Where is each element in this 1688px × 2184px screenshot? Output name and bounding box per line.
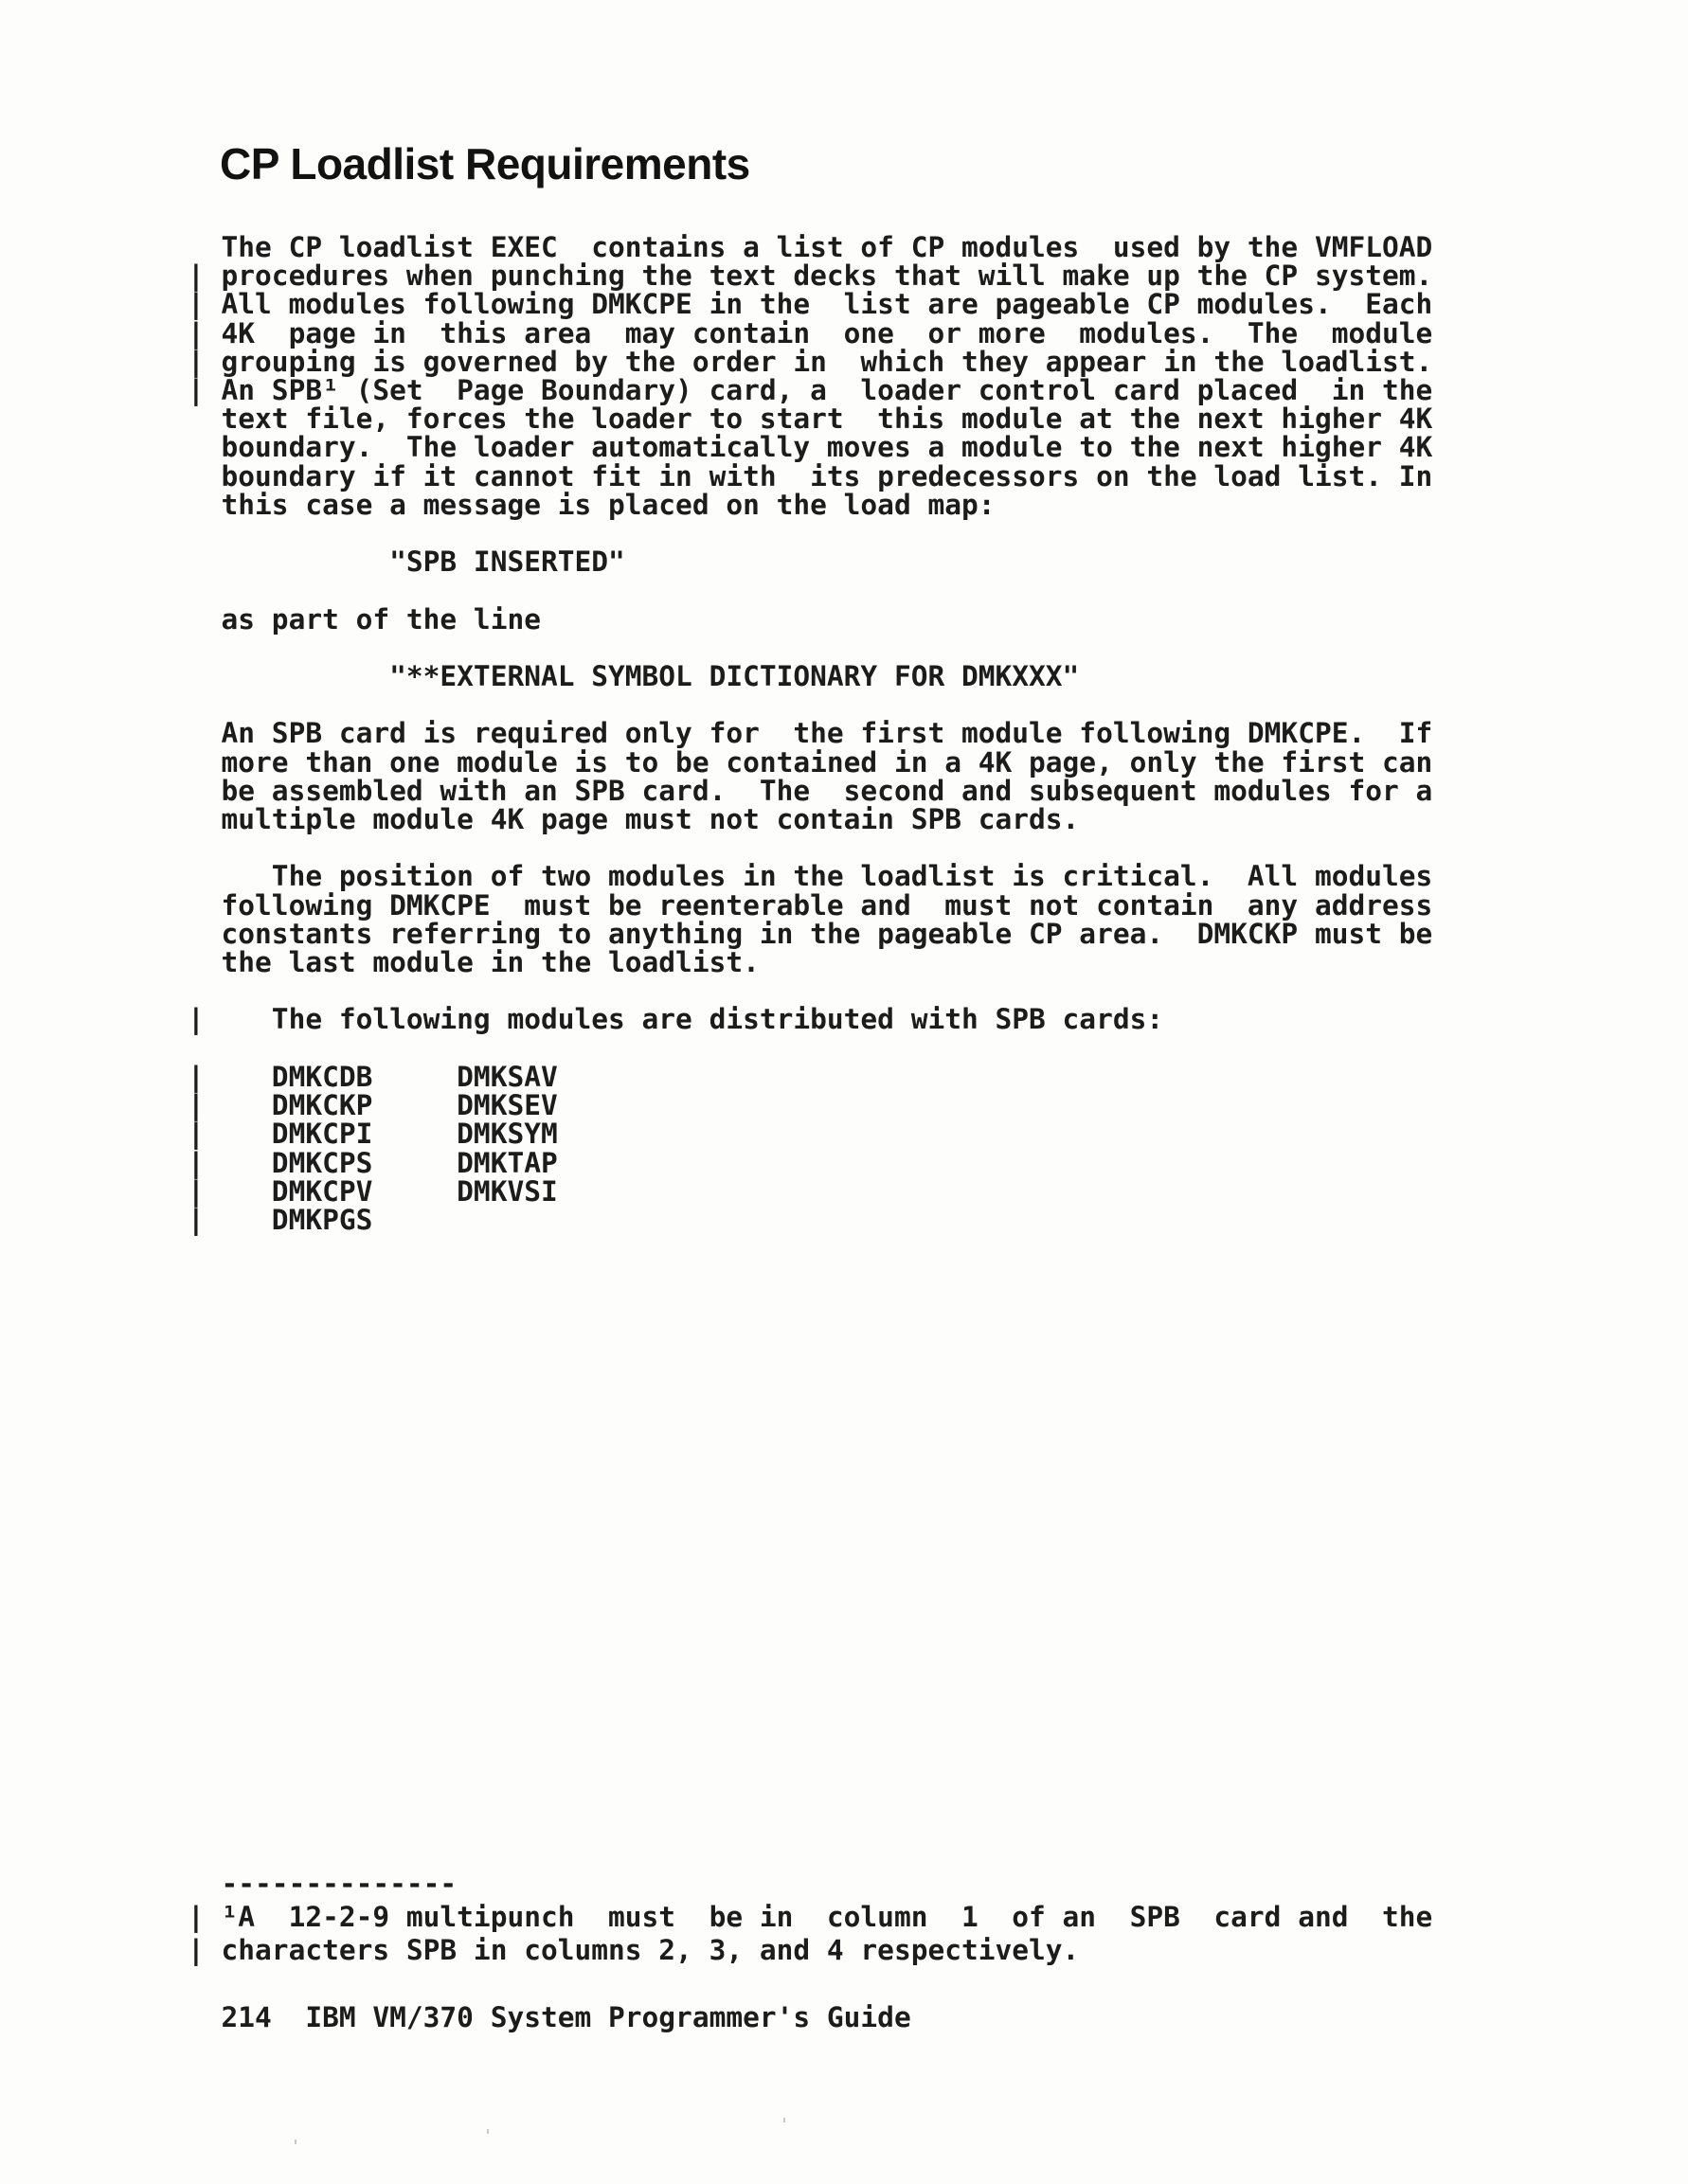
scan-speck xyxy=(487,2129,489,2134)
section-heading: CP Loadlist Requirements xyxy=(220,142,750,186)
scan-speck xyxy=(783,2118,785,2122)
page-footer: 214 IBM VM/370 System Programmer's Guide xyxy=(188,2002,911,2032)
scan-speck xyxy=(295,2139,296,2144)
body-text: The CP loadlist EXEC contains a list of … xyxy=(188,233,1432,1234)
footnote-text: -------------- | ¹A 12-2-9 multipunch mu… xyxy=(188,1868,1432,1967)
scanned-manual-page: CP Loadlist Requirements The CP loadlist… xyxy=(0,0,1688,2184)
